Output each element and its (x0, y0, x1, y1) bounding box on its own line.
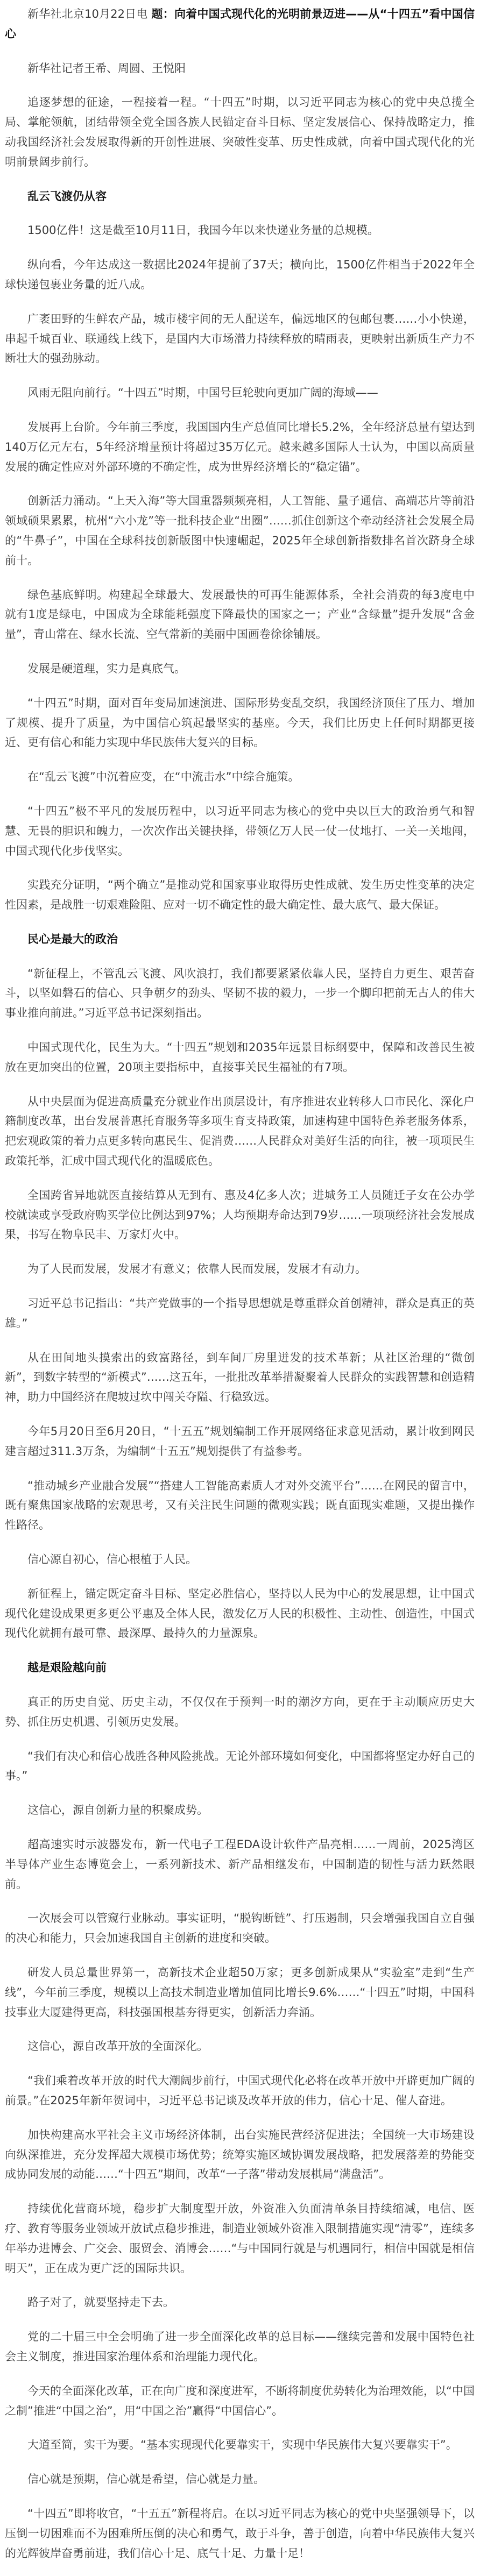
article-paragraph: 追逐梦想的征途，一程接着一程。“十四五”时期，以习近平同志为核心的党中央总揽全局… (5, 93, 475, 172)
article-page: 新华社北京10月22日电 题：向着中国式现代化的光明前景迈进——从“十四五”看中… (0, 0, 480, 2576)
article-paragraph: “我们乘着改革开放的时代大潮阔步前行，中国式现代化必将在改革开放中开辟更加广阔的… (5, 2071, 475, 2111)
article-paragraph: 发展是硬道理，实力是真底气。 (5, 659, 475, 679)
article-paragraph: 持续优化营商环境，稳步扩大制度型开放，外资准入负面清单条目持续缩减，电信、医疗、… (5, 2199, 475, 2278)
article-paragraph: 绿色基底鲜明。构建起全球最大、发展最快的可再生能源体系，全社会消费的每3度电中就… (5, 585, 475, 644)
article-paragraph: 实践充分证明，“两个确立”是推动党和国家事业取得历史性成就、发生历史性变革的决定… (5, 875, 475, 915)
article-byline: 新华社记者王希、周圆、王悦阳 (5, 59, 475, 79)
article-paragraph: 广袤田野的生鲜农产品，城市楼宇间的无人配送车，偏远地区的包邮包裹……小小快递，串… (5, 309, 475, 368)
article-paragraph: “推动城乡产业融合发展”“搭建人工智能高素质人才对外交流平台”……在网民的留言中… (5, 1476, 475, 1535)
article-paragraph: 中国式现代化，民生为大。“十四五”规划和2035年远景目标纲要中，保障和改善民生… (5, 1038, 475, 1077)
section-heading: 民心是最大的政治 (5, 929, 475, 949)
article-paragraph: 新征程上，锚定既定奋斗目标、坚定必胜信心，坚持以人民为中心的发展思想，让中国式现… (5, 1584, 475, 1643)
article-paragraph: 这信心，源自创新力量的积聚成势。 (5, 1800, 475, 1820)
section-heading: 乱云飞渡仍从容 (5, 187, 475, 207)
section-heading: 越是艰险越向前 (5, 1658, 475, 1678)
article-paragraph: 党的二十届三中全会明确了进一步全面深化改革的总目标——继续完善和发展中国特色社会… (5, 2327, 475, 2367)
article-paragraph: 今年5月20日至6月20日，“十五五”规划编制工作开展网络征求意见活动，累计收到… (5, 1422, 475, 1461)
article-paragraph: 真正的历史自觉、历史主动，不仅仅在于预判一时的潮汐方向，更在于主动顺应历史大势、… (5, 1692, 475, 1732)
article-dateline-headline: 新华社北京10月22日电 题：向着中国式现代化的光明前景迈进——从“十四五”看中… (5, 4, 475, 44)
article-paragraph: 这信心，源自改革开放的全面深化。 (5, 2036, 475, 2056)
article-paragraph: 发展再上台阶。今年前三季度，我国国内生产总值同比增长5.2%，全年经济总量有望达… (5, 417, 475, 477)
article-paragraph: 信心源自初心，信心根植于人民。 (5, 1550, 475, 1570)
article-paragraph: 纵向看，今年达成这一数据比2024年提前了37天；横向比，1500亿件相当于20… (5, 255, 475, 295)
article-paragraph: 信心就是预期，信心就是希望，信心就是力量。 (5, 2469, 475, 2489)
article-paragraph: 为了人民而发展，发展才有意义；依靠人民而发展，发展才有动力。 (5, 1259, 475, 1279)
article-paragraph: 加快构建高水平社会主义市场经济体制，出台实施民营经济促进法；全国统一大市场建设向… (5, 2125, 475, 2184)
article-body: 追逐梦想的征途，一程接着一程。“十四五”时期，以习近平同志为核心的党中央总揽全局… (5, 93, 475, 2563)
article-paragraph: 1500亿件！这是截至10月11日，我国今年以来快递业务量的总规模。 (5, 221, 475, 240)
article-paragraph: 全国跨省异地就医直接结算从无到有、惠及4亿多人次；进城务工人员随迁子女在公办学校… (5, 1186, 475, 1245)
article-paragraph: 风雨无阻向前行。“十四五”时期，中国号巨轮驶向更加广阔的海域—— (5, 383, 475, 403)
article-paragraph: “十四五”极不平凡的发展历程中，以习近平同志为核心的党中央以巨大的政治勇气和智慧… (5, 801, 475, 861)
article-paragraph: “新征程上，不管乱云飞渡、风吹浪打，我们都要紧紧依靠人民，坚持自力更生、艰苦奋斗… (5, 964, 475, 1023)
article-paragraph: 今天的全面深化改革，正在向广度和深度进军，不断将制度优势转化为治理效能，以“中国… (5, 2381, 475, 2421)
article-paragraph: 大道至简，实干为要。“基本实现现代化要靠实干，实现中华民族伟大复兴要靠实干”。 (5, 2435, 475, 2455)
article-paragraph: 路子对了，就要坚持走下去。 (5, 2293, 475, 2312)
article-paragraph: 一次展会可以管窥行业脉动。事实证明，“脱钩断链”、打压遏制，只会增强我国自立自强… (5, 1908, 475, 1948)
article-paragraph: 习近平总书记指出：“共产党做事的一个指导思想就是尊重群众首创精神，群众是真正的英… (5, 1294, 475, 1333)
article-paragraph: “十四五”时期，面对百年变局加速演进、国际形势变乱交织，我国经济顶住了压力、增加… (5, 693, 475, 753)
article-paragraph: 创新活力涌动。“上天入海”等大国重器频频亮相，人工智能、量子通信、高端芯片等前沿… (5, 491, 475, 570)
article-paragraph: 从在田间地头摸索出的致富路径，到车间厂房里迸发的技术革新；从社区治理的“微创新”… (5, 1348, 475, 1407)
article-paragraph: “十四五”即将收官，“十五五”新程将启。在以习近平同志为核心的党中央坚强领导下，… (5, 2504, 475, 2563)
article-paragraph: 从中央层面为促进高质量充分就业作出顶层设计，有序推进农业转移人口市民化、深化户籍… (5, 1092, 475, 1171)
article-paragraph: “我们有决心和信心战胜各种风险挑战。无论外部环境如何变化，中国都将坚定办好自己的… (5, 1747, 475, 1786)
dateline: 新华社北京10月22日电 (27, 8, 148, 20)
article-paragraph: 在“乱云飞渡”中沉着应变，在“中流击水”中综合施策。 (5, 767, 475, 787)
article-paragraph: 超高速实时示波器发布，新一代电子工程EDA设计软件产品亮相……一周前，2025湾… (5, 1835, 475, 1894)
article-paragraph: 研发人员总量世界第一，高新技术企业超50万家；更多创新成果从“实验室”走到“生产… (5, 1963, 475, 2022)
